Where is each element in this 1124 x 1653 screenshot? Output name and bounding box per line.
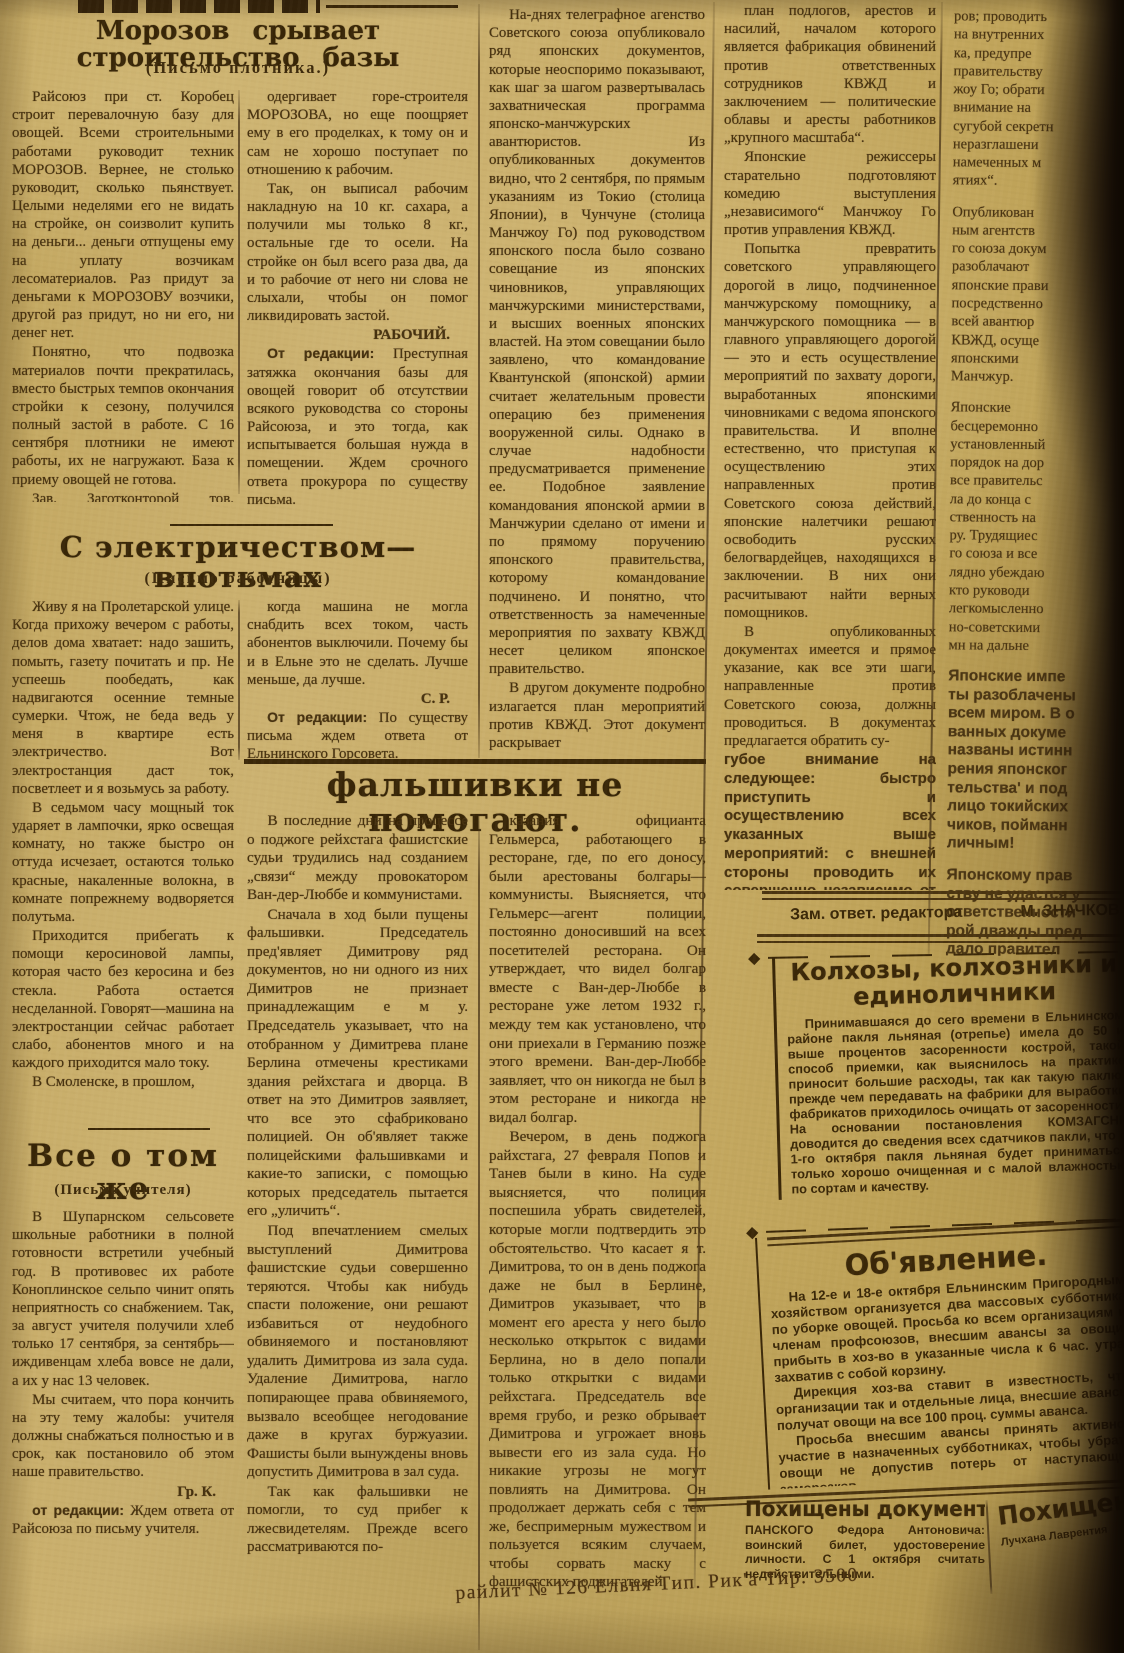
kolkhoz-signature-right: РОХЛИН [1076, 1189, 1124, 1200]
kolkhoz-notice: Колхозы, колхозники и единоличники Прини… [772, 948, 1124, 1200]
paragraph: Так, он выписал рабочим накладную на 10 … [247, 180, 468, 325]
stolen-documents-notice-2: Похищен Лучхана Лаврентия [996, 1487, 1124, 1549]
editor-byline-name: М. ЗНАЧКОВ. [1020, 902, 1124, 921]
morozov-column-1: Райсоюз при ст. Коробец строит перевалоч… [12, 88, 234, 502]
falshivki-column-2: казания официанта Гельмерса, работающего… [489, 812, 706, 1653]
paragraph: Райсоюз при ст. Коробец строит перевалоч… [12, 88, 234, 342]
paragraph: Японские режиссеры старательно подготовл… [724, 148, 936, 239]
fragment-block: Опубликован ным агентств го союза докум … [951, 203, 1123, 387]
paragraph: Живу я на Пролетарской улице. Когда прих… [12, 598, 234, 798]
section-divider [88, 1128, 210, 1130]
paragraph: Понятно, что подвозка материалов почти п… [12, 343, 234, 488]
editorial-note-label: от редакции: [32, 1502, 124, 1518]
fragment-block: Японские бесцеремонно установленный поря… [948, 399, 1120, 656]
editorial-note-label: От редакции: [267, 345, 374, 361]
paragraph: Сначала в ход были пущены фальшивки. Пре… [247, 906, 468, 1221]
signature: РАБОЧИЙ. [247, 326, 468, 344]
paragraph: когда машина не могла снабдить всех токо… [247, 598, 468, 689]
paragraph: план подлогов, арестов и насилий, начало… [724, 2, 936, 147]
paragraph: одергивает горе-строителя МОРОЗОВА, но е… [247, 88, 468, 179]
falshivki-column-1: В последние дни на процессе о поджоге ре… [247, 812, 468, 1653]
column-rule [478, 814, 480, 1650]
kvzhd-column-1: На-днях телеграфное агенство Советского … [489, 6, 705, 758]
paragraph: На-днях телеграфное агенство Советского … [489, 6, 705, 678]
editorial-note: От редакции: Преступная затяжка окончани… [247, 345, 468, 509]
kolkhoz-title: Колхозы, колхозники и единоличники [785, 950, 1123, 1012]
morozov-subtitle: (Письмо плотника.) [8, 58, 468, 78]
announcement: Об'явление. На 12-е и 18-е октября Ельни… [755, 1219, 1124, 1490]
paragraph: казания официанта Гельмерса, работающего… [489, 812, 706, 1127]
paragraph: Попытка превратить советского управляюще… [724, 240, 936, 622]
teacher-column: В Шупарнском сельсовете школьные работни… [12, 1208, 234, 1653]
editorial-note-text: Преступная затяжка окончания базы для ов… [247, 346, 468, 507]
paragraph: Вечером, в день поджога райхстага, 27 фе… [489, 1128, 706, 1592]
paragraph: В Смоленске, в прошлом, [12, 1073, 234, 1091]
morozov-column-2: одергивает горе-строителя МОРОЗОВА, но е… [247, 88, 468, 514]
electro-subtitle: (Письмо работницы) [8, 570, 468, 588]
paragraph: Мы считаем, что пора кончить на эту тему… [12, 1391, 234, 1482]
column-rule [478, 4, 480, 758]
paragraph: В опубликованных документах имеется и пр… [724, 623, 936, 750]
masthead-remnant [78, 0, 320, 13]
diamond-icon: ◆ [748, 948, 761, 968]
masthead-remnant-rule [326, 5, 458, 8]
editor-rule-top [762, 891, 1124, 900]
column-rule [238, 90, 240, 494]
electro-column-1: Живу я на Пролетарской улице. Когда прих… [12, 598, 234, 1108]
kolkhoz-body: Принимавшаяся до сего времени в Ельнинск… [787, 1007, 1124, 1196]
editor-byline-label: Зам. ответ. редактора [790, 904, 963, 924]
column-rule [238, 600, 240, 760]
fragment-block: Японские импе ты разоблачены всем миром.… [947, 667, 1119, 854]
paragraph-emphasis: губое внимание на следующее: быстро прис… [724, 751, 936, 890]
editorial-note: от редакции: Ждем ответа от Райсоюза по … [12, 1502, 234, 1538]
signature: Гр. К. [12, 1483, 234, 1501]
stolen-title: Похищены документы [745, 1497, 985, 1521]
paragraph: Под впечатлением смелых выступлений Дими… [247, 1222, 468, 1482]
editorial-note: От редакции: По существу письма ждем отв… [247, 709, 468, 764]
fragment-block: ров; проводить на внутренних ка, предупр… [953, 7, 1124, 191]
right-edge-fragments: ров; проводить на внутренних ка, предупр… [946, 7, 1124, 956]
section-divider [170, 524, 333, 526]
editor-rule-bottom [757, 934, 1124, 943]
announcement-paragraph: На 12-е и 18-е октября Ельнинским Пригор… [770, 1272, 1124, 1386]
paragraph: Приходится прибегать к помощи керосиново… [12, 927, 234, 1072]
paragraph: В другом документе подробно излагается п… [489, 679, 705, 752]
stolen-documents-notice: Похищены документы на имя ПАНСКОГО Федор… [745, 1497, 985, 1609]
electro-column-2: когда машина не могла снабдить всех токо… [247, 598, 468, 774]
headline-rule [244, 759, 706, 764]
newspaper-page: Морозов срывает строительство базы (Пись… [0, 0, 1124, 1653]
signature: С. Р. [247, 690, 468, 708]
paragraph: В последние дни на процессе о поджоге ре… [247, 812, 468, 905]
paragraph: В Шупарнском сельсовете школьные работни… [12, 1208, 234, 1390]
paragraph: Зав. Заготконторой тов. АНОЩЕНКОВ не тол… [12, 490, 234, 502]
teacher-subtitle: (Письмо учителя) [12, 1182, 234, 1199]
editorial-note-label: От редакции: [267, 709, 367, 725]
kvzhd-column-2: план подлогов, арестов и насилий, начало… [724, 2, 936, 890]
paragraph: Так как фальшивки не помогли, то суд при… [247, 1483, 468, 1557]
paragraph: В седьмом часу мощный ток ударяет в ламп… [12, 799, 234, 926]
